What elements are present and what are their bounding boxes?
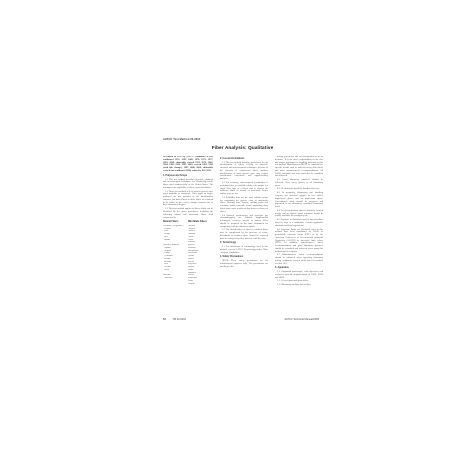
paragraph-3-1: 3.1 For definitions of terminology used … — [220, 246, 268, 254]
footer-method-id: TM 20-2004 — [172, 318, 185, 321]
page-footer: 64 TM 20-2004 AATCC Technical Manual/200… — [163, 318, 323, 321]
fiber-table-natural: Natural Fibers Cellulose (Vegetable): Co… — [163, 221, 188, 285]
page-number: 64 — [163, 318, 166, 321]
section-4-heading: 4. Safety Precautions — [220, 256, 268, 259]
column-2: 2. Use and Limitations 2.1 This test met… — [220, 156, 268, 311]
document-id: AATCC Test Method 20-2004 — [163, 138, 200, 141]
fiber-list-item: Vinyon — [188, 283, 213, 286]
section-1-heading: 1. Purpose and Scope — [163, 175, 213, 178]
apparatus-item: 5.1 Compound microscope, with objectives… — [275, 271, 323, 279]
apparatus-item: 5.1.1 Cover glass and glass slides. — [275, 280, 323, 283]
natural-fibers-header: Natural Fibers — [163, 221, 188, 224]
development-history: Developed in 1952 by AATCC Committee RA2… — [163, 156, 213, 173]
paragraph: 4.3 In preparing, dispensing and handlin… — [275, 192, 323, 209]
fiber-list-item: Asbestos — [163, 277, 188, 280]
paragraph: 4.2 All chemicals should be handled with… — [275, 188, 323, 191]
section-4-paragraphs: testing procedures and are not intended … — [275, 156, 323, 265]
fiber-table-manmade: Man-Made Fibers AcetateAcrylicAnidexAram… — [188, 221, 213, 285]
safety-note: NOTE: These safety precautions are for i… — [220, 260, 268, 268]
column-1: Developed in 1952 by AATCC Committee RA2… — [163, 156, 213, 311]
apparatus-item: 5.1.2 Mounting medium and needles. — [275, 284, 323, 287]
paragraph: 4.6 Exposure limits for chemicals used i… — [275, 229, 323, 254]
paragraph: 2.3 Solubility tests are the most reliab… — [220, 197, 268, 214]
paragraph: 2.2 For economy, microscopical examinati… — [220, 182, 268, 196]
paragraph: 2.4 Infrared spectroscopy and pyrolysis … — [220, 215, 268, 229]
column-3: testing procedures and are not intended … — [275, 156, 323, 311]
paragraph: 2.1 This test method describes procedure… — [220, 162, 268, 181]
paragraph: 4.4 An eyewash/safety shower should be l… — [275, 210, 323, 218]
paragraph: 4.7 Manufacturer's safety recommendation… — [275, 254, 323, 265]
page-background: AATCC Test Method 20-2004 Fiber Analysis… — [0, 0, 458, 458]
section-2-paragraphs: 2.1 This test method describes procedure… — [220, 162, 268, 241]
text-columns: Developed in 1952 by AATCC Committee RA2… — [163, 156, 323, 311]
paragraph-1-1: 1.1 This test method describes physical,… — [163, 179, 213, 190]
paragraph-1-3: 1.3 This test method applies to fibers w… — [163, 208, 213, 219]
section-3-heading: 3. Terminology — [220, 242, 268, 245]
fiber-table: Natural Fibers Cellulose (Vegetable): Co… — [163, 221, 213, 285]
paragraph: 4.5 Exposure to chemicals used in this p… — [275, 219, 323, 227]
section-2-heading: 2. Use and Limitations — [220, 158, 268, 161]
paragraph: 4.1 Good laboratory practices should be … — [275, 179, 323, 187]
footer-manual-id: AATCC Technical Manual/2005 — [284, 318, 319, 321]
paragraph-1-2: 1.2 These test methods rely on current g… — [163, 191, 213, 208]
apparatus-list: 5.1 Compound microscope, with objectives… — [275, 271, 323, 287]
paragraph: 2.5 The identification of dyed or finish… — [220, 229, 268, 240]
paragraph: testing procedures and are not intended … — [275, 156, 323, 178]
document-page: AATCC Test Method 20-2004 Fiber Analysis… — [161, 135, 324, 325]
section-5-heading: 5. Apparatus — [275, 267, 323, 270]
natural-fibers-list: Cellulose (Vegetable): Cotton Flax Hemp … — [163, 225, 188, 280]
manmade-fibers-list: AcetateAcrylicAnidexAramidAzlonGlassLast… — [188, 225, 213, 286]
page-title: Fiber Analysis: Qualitative — [161, 145, 324, 150]
manmade-fibers-header: Man-Made Fibers — [188, 221, 213, 224]
